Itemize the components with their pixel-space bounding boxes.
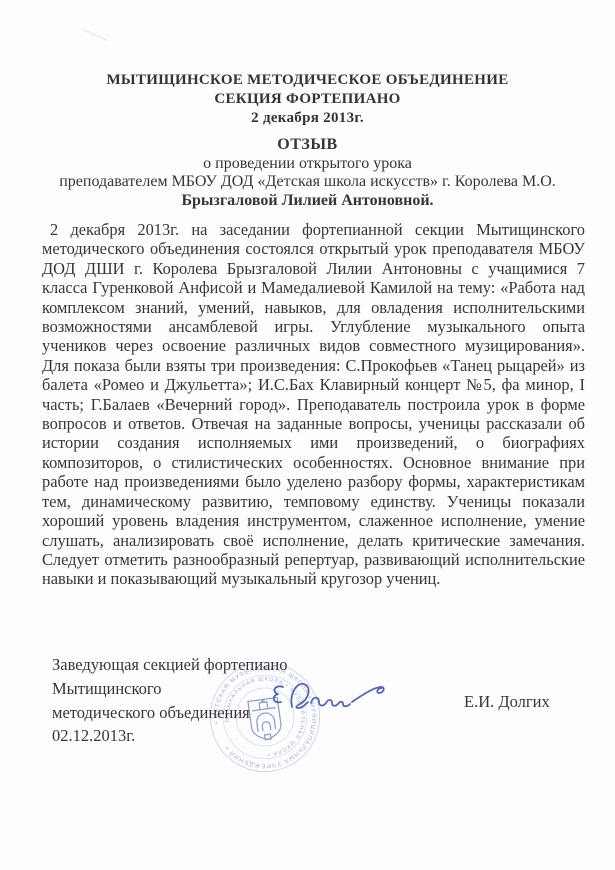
header-organization: МЫТИЩИНСКОЕ МЕТОДИЧЕСКОЕ ОБЪЕДИНЕНИЕ	[0, 71, 615, 90]
document-header: МЫТИЩИНСКОЕ МЕТОДИЧЕСКОЕ ОБЪЕДИНЕНИЕ СЕК…	[0, 71, 615, 128]
document-title: ОТЗЫВ	[0, 136, 615, 155]
title-subline-purpose: о проведении открытого урока	[0, 155, 615, 174]
header-date: 2 декабря 2013г.	[0, 109, 615, 128]
title-block: ОТЗЫВ о проведении открытого урока препо…	[0, 136, 615, 210]
title-subline-school: преподавателем МБОУ ДОД «Детская школа и…	[0, 173, 615, 192]
scan-artifact	[83, 29, 108, 41]
signoff-role-line-3: методического объединения	[52, 701, 287, 725]
header-section: СЕКЦИЯ ФОРТЕПИАНО	[0, 90, 615, 109]
signoff-role-line-2: Мытищинского	[52, 677, 287, 701]
document-page: МЫТИЩИНСКОЕ МЕТОДИЧЕСКОЕ ОБЪЕДИНЕНИЕ СЕК…	[0, 0, 615, 870]
handwritten-signature-icon	[269, 678, 399, 723]
signoff-role-line-1: Заведующая секцией фортепиано	[52, 653, 287, 677]
signoff-date: 02.12.2013г.	[52, 724, 287, 748]
signoff-block: Заведующая секцией фортепиано Мытищинско…	[52, 653, 287, 748]
signer-name: Е.И. Долгих	[464, 692, 550, 712]
title-teacher-name: Брызгаловой Лилией Антоновной.	[0, 192, 615, 211]
body-paragraph: 2 декабря 2013г. на заседании фортепианн…	[42, 220, 585, 589]
